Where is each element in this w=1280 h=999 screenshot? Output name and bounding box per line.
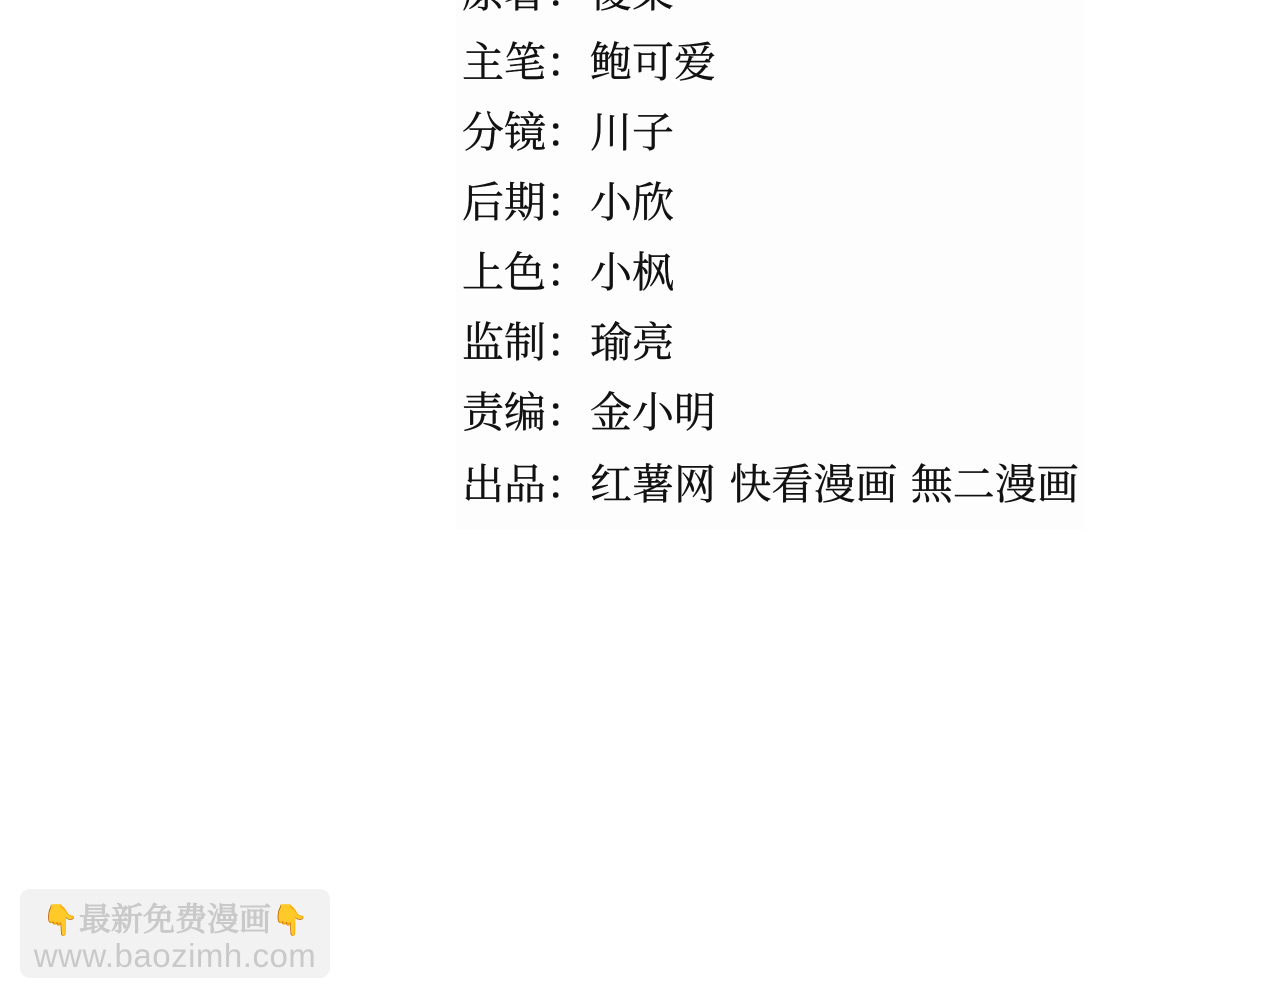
watermark-title-line: 👇最新免费漫画👇 [20, 899, 330, 941]
pointing-down-hand-icon: 👇 [42, 903, 79, 938]
credit-value: 金小明 [590, 380, 716, 440]
pointing-down-hand-icon: 👇 [271, 903, 308, 938]
watermark-title: 最新免费漫画 [79, 900, 271, 938]
credit-row-publisher: 出品： 红薯网 快看漫画 無二漫画 [462, 447, 1079, 517]
credit-value: 小欣 [590, 170, 674, 230]
watermark-url[interactable]: www.baozimh.com [20, 936, 330, 976]
credit-label: 出品： [462, 452, 590, 512]
credit-label: 主笔： [462, 30, 590, 90]
credit-label: 原著： [462, 0, 590, 20]
credit-row-original-author: 原著： 傻菜 [462, 0, 674, 25]
credit-label: 责编： [462, 380, 590, 440]
watermark-banner[interactable]: 👇最新免费漫画👇 www.baozimh.com [20, 889, 330, 978]
credit-value: 川子 [590, 100, 674, 160]
credit-label: 分镜： [462, 100, 590, 160]
credit-row-storyboard: 分镜： 川子 [462, 95, 674, 165]
credit-value: 红薯网 快看漫画 無二漫画 [590, 452, 1079, 512]
credit-row-lead-artist: 主笔： 鲍可爱 [462, 25, 716, 95]
credit-value: 瑜亮 [590, 310, 674, 370]
credit-row-editor: 责编： 金小明 [462, 375, 716, 445]
credit-row-supervisor: 监制： 瑜亮 [462, 305, 674, 375]
credit-value: 小枫 [590, 240, 674, 300]
credit-label: 上色： [462, 240, 590, 300]
credit-row-coloring: 上色： 小枫 [462, 235, 674, 305]
credit-row-post-production: 后期： 小欣 [462, 165, 674, 235]
credit-value: 鲍可爱 [590, 30, 716, 90]
credit-label: 后期： [462, 170, 590, 230]
credit-value: 傻菜 [590, 0, 674, 20]
credit-label: 监制： [462, 310, 590, 370]
